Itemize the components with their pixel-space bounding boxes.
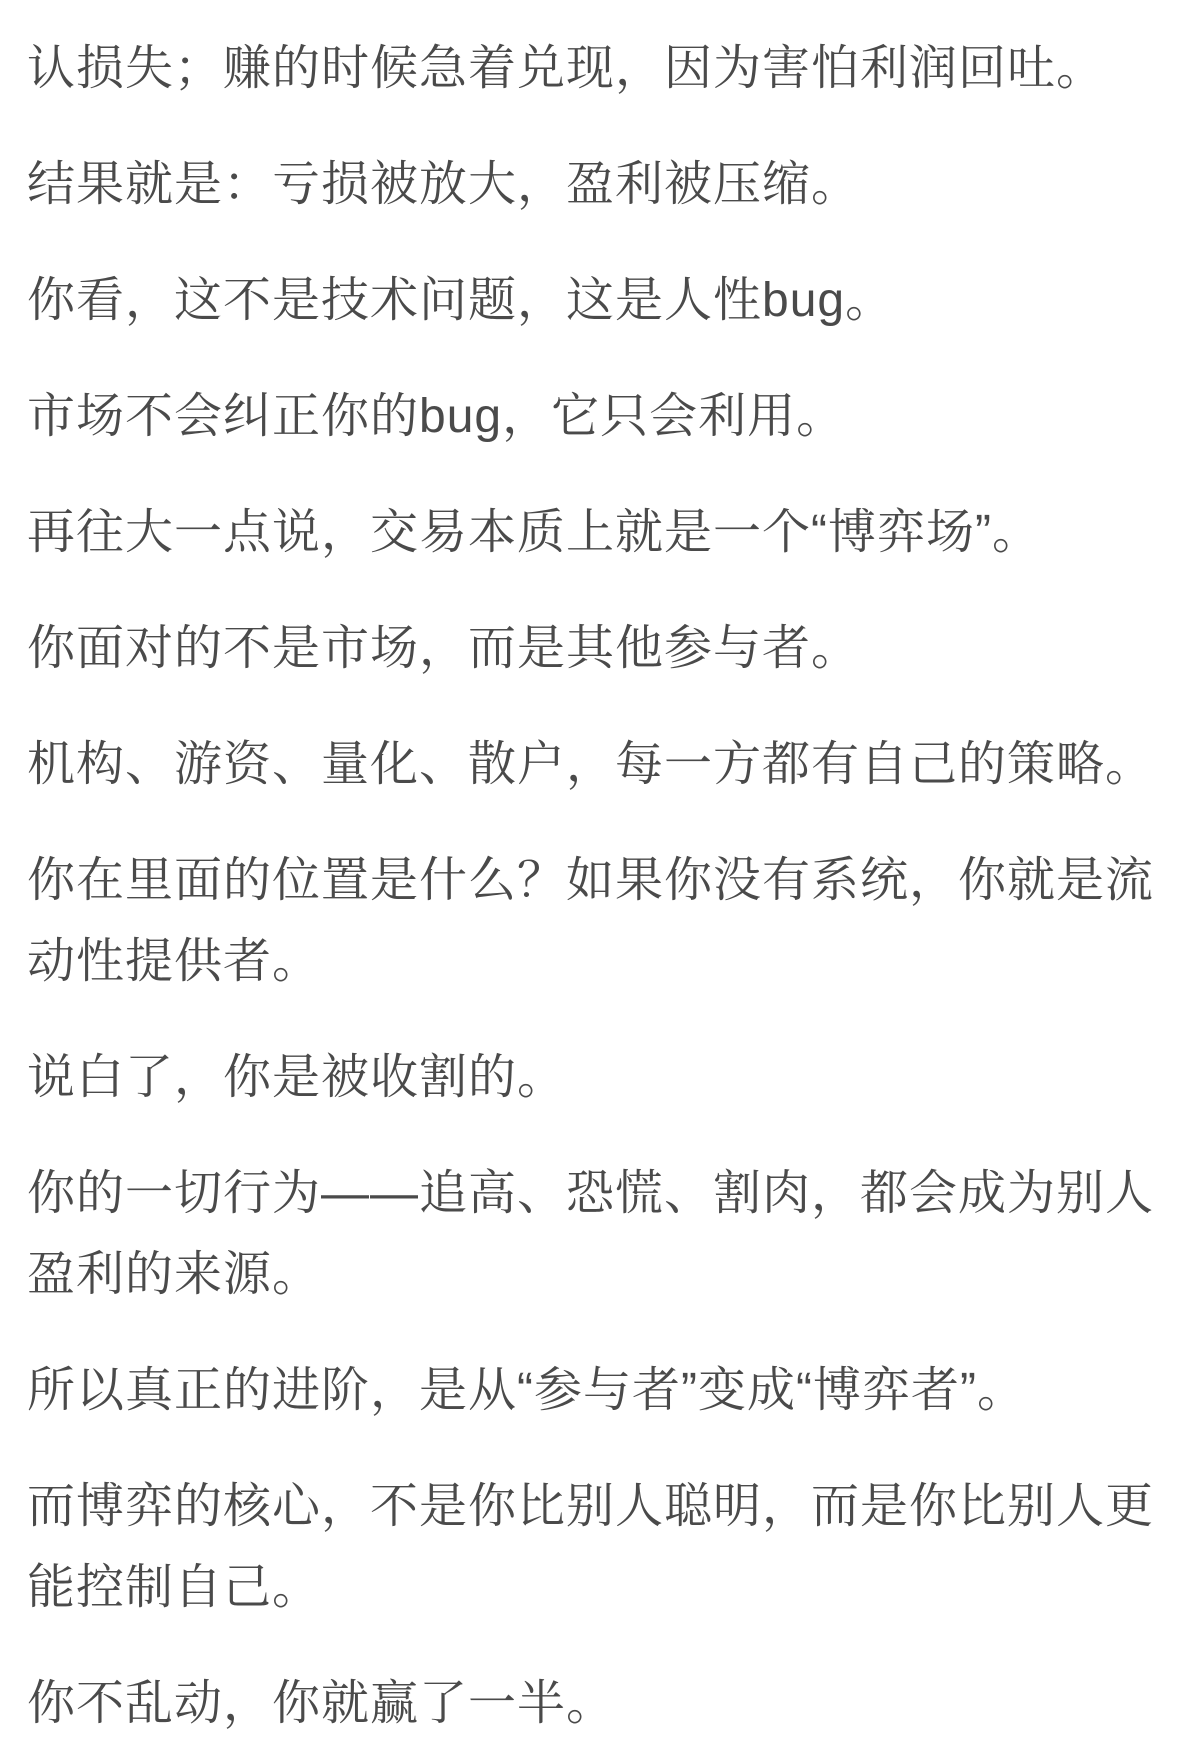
article-paragraph: 你面对的不是市场，而是其他参与者。 <box>27 608 1159 689</box>
article-paragraph: 你在里面的位置是什么？如果你没有系统，你就是流动性提供者。 <box>27 840 1159 1002</box>
article-paragraph: 说白了，你是被收割的。 <box>27 1037 1159 1118</box>
article-paragraph: 所以真正的进阶，是从“参与者”变成“博弈者”。 <box>27 1350 1159 1431</box>
article-paragraph: 结果就是：亏损被放大，盈利被压缩。 <box>27 144 1159 225</box>
article-paragraph: 市场不会纠正你的bug，它只会利用。 <box>27 376 1159 457</box>
article-paragraph: 认损失；赚的时候急着兑现，因为害怕利润回吐。 <box>27 28 1159 109</box>
article-paragraph: 机构、游资、量化、散户，每一方都有自己的策略。 <box>27 724 1159 805</box>
article-body: 认损失；赚的时候急着兑现，因为害怕利润回吐。 结果就是：亏损被放大，盈利被压缩。… <box>0 0 1177 1744</box>
article-paragraph: 你不乱动，你就赢了一半。 <box>27 1663 1159 1744</box>
article-paragraph: 而博弈的核心，不是你比别人聪明，而是你比别人更能控制自己。 <box>27 1466 1159 1628</box>
article-paragraph: 你看，这不是技术问题，这是人性bug。 <box>27 260 1159 341</box>
article-paragraph: 你的一切行为——追高、恐慌、割肉，都会成为别人盈利的来源。 <box>27 1153 1159 1315</box>
article-paragraph: 再往大一点说，交易本质上就是一个“博弈场”。 <box>27 492 1159 573</box>
